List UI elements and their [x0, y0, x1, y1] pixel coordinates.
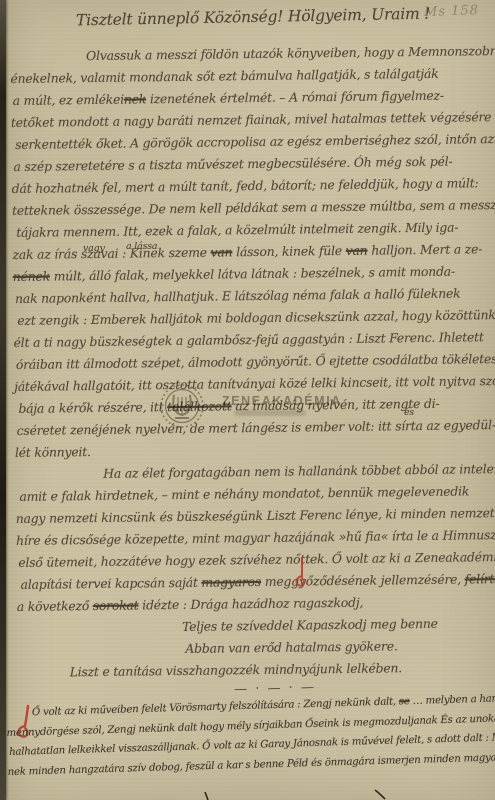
struck-word: felírta — [465, 571, 495, 586]
text-segment: Ha az élet forgatagában nem is hallanánk… — [103, 461, 495, 481]
text-segment: amit e falak hirdetnek, – mint e néhány … — [19, 483, 469, 503]
text-segment: Teljes te szíveddel Kapaszkodj meg benne — [182, 616, 438, 634]
text-segment: első ütemeit, hozzátéve hogy ezek szívéh… — [18, 549, 495, 570]
stamp-text: ZENEAKADÉMIA — [222, 394, 342, 408]
struck-word: nének — [13, 269, 50, 284]
text-segment: idézte : Drága hazádhoz ragaszkodj, — [138, 595, 363, 613]
text-segment: tetteknek összessége. De nem kell példák… — [12, 197, 495, 218]
stamp-subtext-smudge — [234, 410, 306, 416]
text-segment: dát hozhatnék fel, mert a múlt tanít, fe… — [12, 175, 479, 196]
text-segment: óráiban itt álmodott szépet, álmodott gy… — [16, 351, 495, 372]
text-segment: tájakra mennem. Itt, ezek a falak, a köz… — [16, 220, 458, 240]
text-segment: izenetének értelmét. – A római fórum fig… — [146, 88, 444, 107]
text-segment: nagy nemzeti kincsünk és büszkeségünk Li… — [16, 505, 495, 526]
ink-stroke — [373, 789, 387, 800]
zeneakademia-stamp: ZENEAKADÉMIA — [150, 378, 345, 432]
text-segment: a szép szeretetére s a tiszta művészet m… — [13, 154, 452, 174]
text-segment: Olvassuk a messzi földön utazók könyveib… — [86, 43, 495, 63]
struck-word: sorokat — [93, 597, 139, 613]
text-segment: lásson, kinek füle — [232, 243, 346, 259]
text-segment: nak naponként hallva, hallhatjuk. E láts… — [15, 286, 460, 306]
ink-stroke — [203, 792, 211, 800]
text-segment: ezt zengik : Emberek halljátok mi boldog… — [17, 307, 495, 328]
text-segment: a következő — [17, 598, 93, 614]
text-segment: zak az írás szavai : Kinek szeme — [12, 245, 210, 262]
footnote-paragraph: Ő volt az ki műveiben felelt Vörösmarty … — [6, 690, 492, 782]
text-segment: élt a ti nagy büszkeségtek a galambősz-f… — [14, 329, 484, 350]
text-segment: Abban van erőd hatalmas gyökere. — [185, 638, 397, 656]
archive-mark: Ms 158 — [424, 3, 479, 20]
text-segment: a múlt, ez emlékei — [13, 92, 124, 108]
manuscript-body: Olvassuk a messzi földön utazók könyveib… — [10, 40, 495, 684]
struck-word: magyaros — [201, 574, 261, 590]
text-segment: énekelnek, valamit mondanak sőt ezt bámu… — [10, 66, 438, 86]
text-segment: halljon. Mert a ze- — [367, 241, 482, 257]
lyre-emblem-icon — [158, 382, 206, 430]
text-segment: serkentették őket. A görögök accropolisa… — [15, 131, 495, 152]
struck-word: nek — [124, 91, 146, 106]
struck-word: van — [346, 243, 368, 258]
manuscript-line: Liszt e tanítása visszhangozzék mindnyáj… — [70, 656, 495, 683]
struck-word: se — [399, 696, 410, 707]
text-segment: Liszt e tanítása visszhangozzék mindnyáj… — [70, 660, 403, 679]
struck-word: van — [211, 244, 233, 259]
text-segment: lét könnyeit. — [15, 444, 91, 460]
red-insertion-mark — [292, 556, 310, 588]
text-segment: alapítási tervei kapcsán saját — [20, 575, 201, 592]
text-segment: bája a kérők részére, itt — [18, 399, 167, 416]
scan-left-edge — [0, 0, 6, 800]
text-segment: híre és dicsősége közepette, mint magyar… — [16, 527, 495, 548]
manuscript-page: Ms 158 Tisztelt ünneplő Közönség! Hölgye… — [0, 0, 495, 800]
text-segment: múlt, álló falak, melyekkel látva látnak… — [50, 264, 455, 284]
manuscript-title: Tisztelt ünneplő Közönség! Hölgyeim, Ura… — [76, 5, 431, 30]
text-segment: … melyben a harc — [410, 693, 495, 707]
text-segment: tetőket mondott a nagy baráti nemzet fia… — [11, 109, 492, 130]
